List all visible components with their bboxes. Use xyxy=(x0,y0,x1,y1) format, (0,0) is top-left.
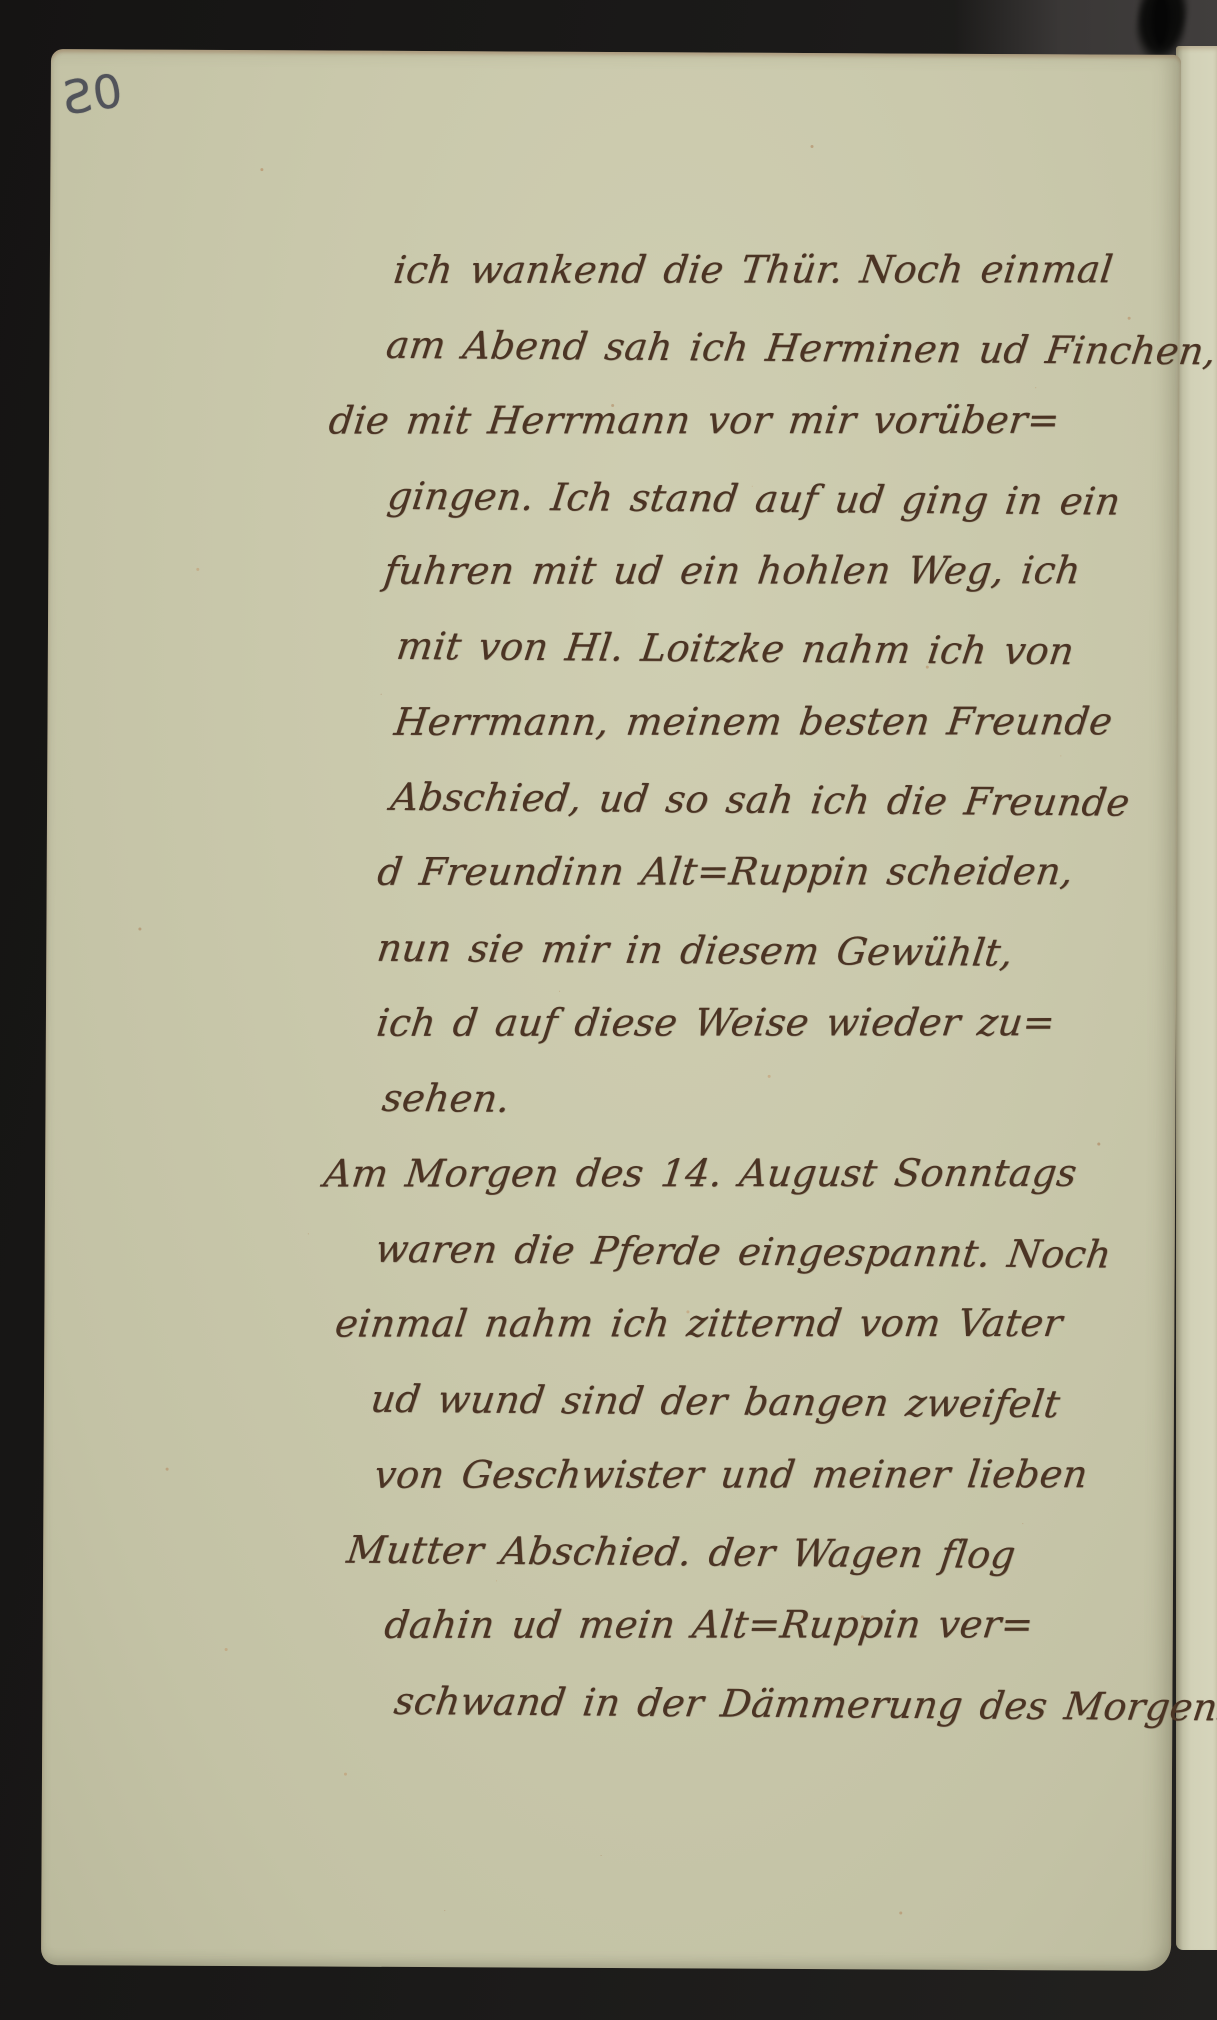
manuscript-line: am Abend sah ich Herminen ud Finchen, xyxy=(382,308,1075,389)
manuscript-line: die mit Herrmann vor mir vorüber= xyxy=(324,382,1074,458)
manuscript-line: einmal nahm ich zitternd vom Vater xyxy=(331,1286,1070,1362)
manuscript-line: waren die Pferde eingespannt. Noch xyxy=(371,1212,1070,1293)
manuscript-line: ich d auf diese Weise wieder zu= xyxy=(372,985,1071,1061)
handwritten-text-block: ich wankend die Thür. Noch einmal am Abe… xyxy=(322,233,1070,1743)
manuscript-page: Ƨ0 ich wankend die Thür. Noch einmal am … xyxy=(41,49,1181,1971)
manuscript-line: Abschied, ud so sah ich die Freunde xyxy=(386,760,1072,841)
manuscript-line: nun sie mir in diesem Gewühlt, xyxy=(372,910,1071,991)
manuscript-line: gingen. Ich stand auf ud ging in ein xyxy=(383,459,1074,540)
folio-number: Ƨ0 xyxy=(60,67,127,122)
manuscript-line: Mutter Abschied. der Wagen flog xyxy=(342,1513,1068,1594)
manuscript-line: ud wund sind der bangen zweifelt xyxy=(366,1362,1069,1443)
manuscript-line: schwand in der Dämmerung des Morgens. xyxy=(389,1664,1067,1744)
manuscript-line: sehen. xyxy=(378,1061,1071,1142)
manuscript-line: fuhren mit ud ein hohlen Weg, ich xyxy=(380,533,1074,609)
manuscript-line: ich wankend die Thür. Noch einmal xyxy=(389,232,1075,308)
manuscript-line: d Freundinn Alt=Ruppin scheiden, xyxy=(373,835,1072,911)
manuscript-line: dahin ud mein Alt=Ruppin ver= xyxy=(380,1588,1068,1664)
scan-background: Ƨ0 ich wankend die Thür. Noch einmal am … xyxy=(0,0,1217,2020)
manuscript-line: Am Morgen des 14. August Sonntags xyxy=(320,1135,1071,1211)
paper-fibers xyxy=(51,49,54,52)
manuscript-line: Herrmann, meinem besten Freunde xyxy=(390,684,1073,760)
manuscript-line: von Geschwister und meiner lieben xyxy=(370,1437,1069,1513)
manuscript-line: mit von Hl. Loitzke nahm ich von xyxy=(392,609,1073,690)
